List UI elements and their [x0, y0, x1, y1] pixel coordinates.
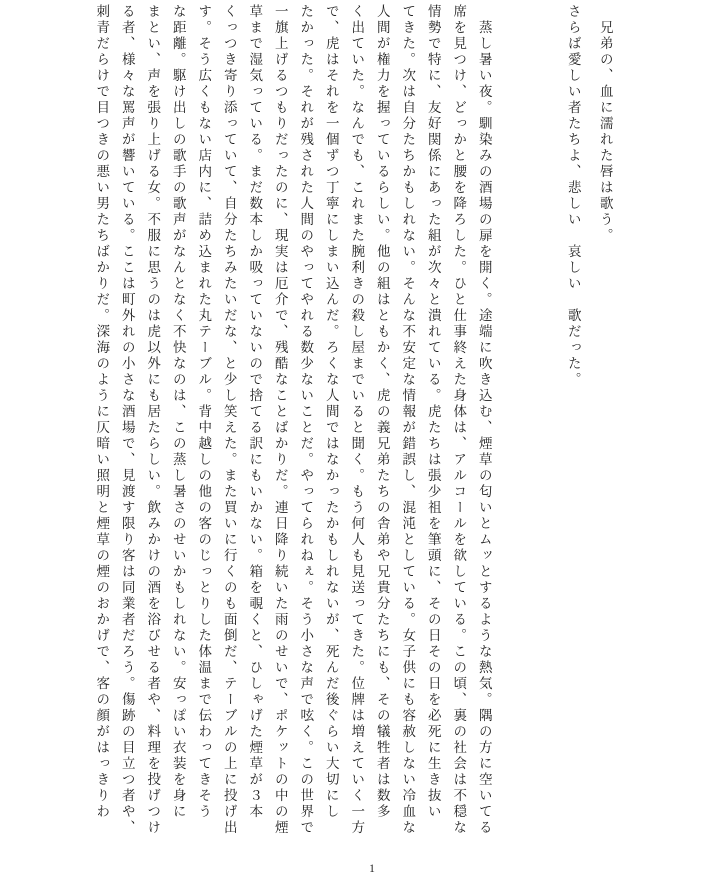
body-line-1: 蒸し暑い夜。馴染みの酒場の扉を開く。途端に吹き込む、煙草の匂いとムッとするような…	[477, 4, 491, 836]
body-line-15: る者、様々な罵声が響いている。ここは町外れの小さな酒場で、見渡す限り客は同業者だ…	[120, 4, 134, 836]
document-page: 兄弟の、血に濡れた唇は歌う。さらば愛しい者たちよ、悲しい 哀しい 歌だった。 蒸…	[0, 0, 720, 888]
body-line-7: で、虎はそれを一個ずつ丁寧にしまい込んだ。ろくな人間ではなかったかもしれないが、…	[324, 4, 338, 820]
body-line-8: たかった。それが残された人間のやってやれる数少ないことだ。やってられねぇ。そう小…	[299, 4, 313, 836]
body-line-3: 情勢で特に、友好関係にあった組が次々と潰れている。虎たちは張少祖を筆頭に、その日…	[426, 4, 440, 820]
title-line-2: さらば愛しい者たちよ、悲しい 哀しい 歌だった。	[566, 4, 580, 388]
body-line-5: 人間が権力を握っているらしい。他の組はともかく、虎の義兄弟たちの舎弟や兄貴分たち…	[375, 4, 389, 820]
body-line-2: 席を見つけ、どっかと腰を降ろした。ひと仕事終えた身体は、アルコールを欲している。…	[452, 4, 466, 836]
body-line-10: 草まで湿気っている。まだ数本しか吸っていないので捨てる訳にもいかない。箱を覗くと…	[248, 4, 262, 820]
title-line-1: 兄弟の、血に濡れた唇は歌う。	[598, 4, 612, 244]
body-line-6: く出ていた。なんでも、これまた腕利きの殺し屋までいると聞く。もう何人も見送ってき…	[350, 4, 364, 836]
body-line-13: な距離。駆け出しの歌手の歌声がなんとなく不快なのは、この蒸し暑さのせいかもしれな…	[171, 4, 185, 820]
body-line-4: てきた。次は自分たちかもしれない。そんな不安定な情報が錯誤し、混沌としている。女…	[401, 4, 415, 836]
page-number: 1	[340, 863, 404, 875]
body-line-14: まとい、声を張り上げる女。不服に思うのは虎以外にも居たらしい。飲みかけの酒を浴び…	[146, 4, 160, 836]
body-line-12: す。そう広くもない店内に、詰め込まれた丸テーブル。背中越しの他の客のじっとりした…	[197, 4, 211, 820]
body-line-16: 刺青だらけで目つきの悪い男たちばかりだ。深海のように仄暗い照明と煙草の煙のおかげ…	[95, 4, 109, 820]
body-line-9: 一旗上げるつもりだったのに、現実は厄介で、残酷なことばかりだ。連日降り続いた雨の…	[273, 4, 287, 836]
body-line-11: くっつき寄り添っていて、自分たちみたいだな、と少し笑えた。また買いに行くのも面倒…	[222, 4, 236, 836]
